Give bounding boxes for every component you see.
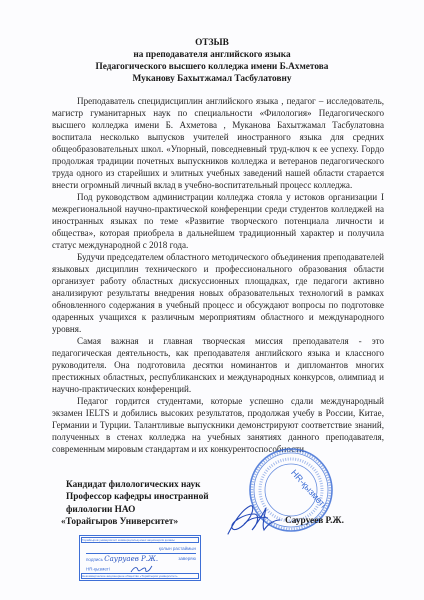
- paragraph-2: Под руководством администрации колледжа …: [52, 191, 384, 251]
- rect-stamp-top-text: Торайғыров университеті коммерциялық еме…: [81, 537, 199, 543]
- rect-stamp-confirm-label: қолын растаймын: [159, 546, 196, 551]
- rect-stamp-signature-label: подпись: [86, 557, 103, 562]
- signatory-position: Профессор кафедры иностранной: [66, 491, 209, 503]
- signatory-block: Кандидат филологических наук Профессор к…: [66, 479, 209, 528]
- rect-stamp-hr-label: HR-қызметі: [86, 567, 110, 572]
- rect-stamp-bottom-text: Некоммерческое акционерное общество «Тор…: [81, 573, 199, 579]
- rect-stamp-handwritten-name: Сауруаев Р.Ж.: [104, 555, 158, 563]
- paragraph-1: Преподаватель специдисциплин английского…: [52, 95, 384, 191]
- signatory-organization: «Торайгыров Университет»: [61, 516, 209, 528]
- document-body: Преподаватель специдисциплин английского…: [52, 95, 384, 455]
- paragraph-5: Педагог гордится студентами, которые усп…: [52, 395, 384, 455]
- paragraph-4: Самая важная и главная творческая миссия…: [52, 335, 384, 395]
- document-title: ОТЗЫВ: [0, 38, 424, 50]
- document-page: ОТЗЫВ на преподавателя английского языка…: [0, 0, 424, 600]
- signature-icon: [224, 500, 284, 538]
- signatory-degree: Кандидат филологических наук: [66, 479, 209, 491]
- paragraph-3: Будучи председателем областного методиче…: [52, 251, 384, 335]
- signatory-name: Сауруеев Р.Ж.: [285, 516, 344, 526]
- signatory-department: филологии НАО: [66, 504, 209, 516]
- subtitle-line-1: на преподавателя английского языка: [0, 50, 424, 62]
- rect-stamp-certify-label: заверяю: [178, 555, 196, 563]
- rect-stamp-row-1: қолын растаймын: [86, 545, 196, 554]
- subtitle-line-2: Педагогического высшего колледжа имени Б…: [0, 62, 424, 74]
- subtitle-line-3: Муканову Бахытжамал Тасбулатовну: [0, 74, 424, 86]
- rect-stamp-row-2: подпись Сауруаев Р.Ж. заверяю: [86, 555, 196, 563]
- rect-stamp: Торайғыров университеті коммерциялық еме…: [79, 535, 201, 581]
- rect-stamp-row-3: HR-қызметі: [86, 565, 196, 573]
